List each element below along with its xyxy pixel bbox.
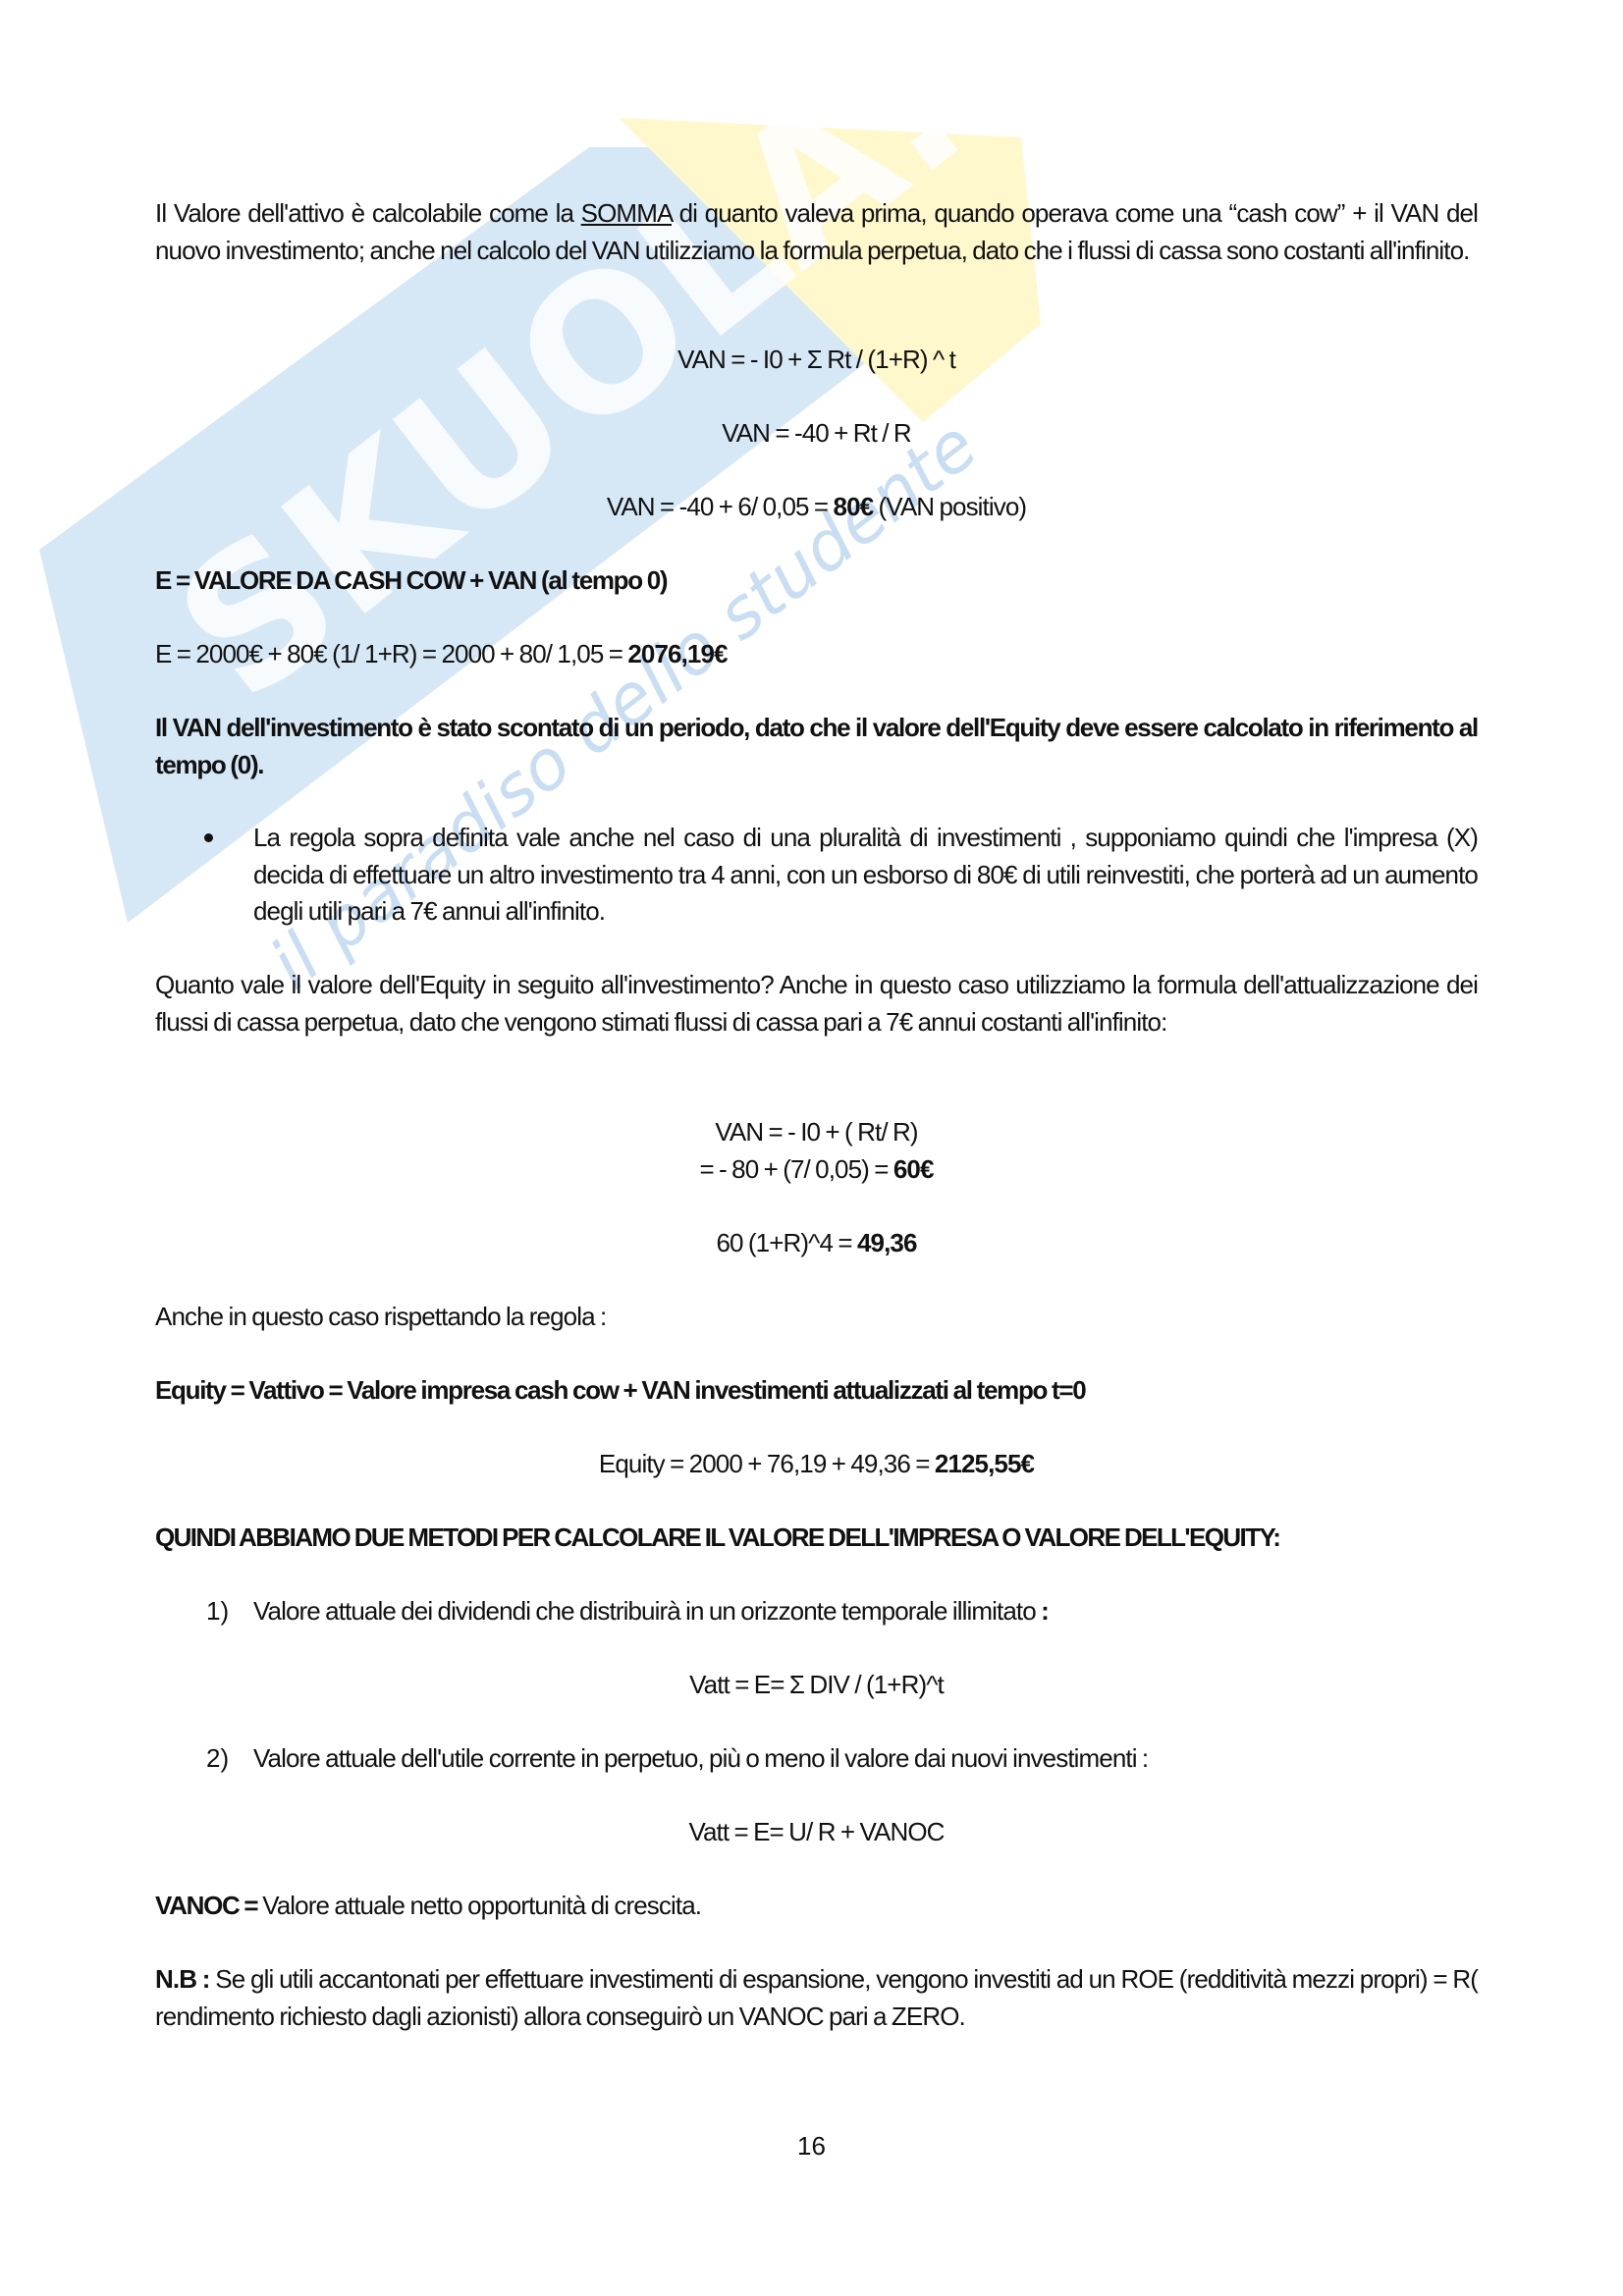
method-text: Valore attuale dell'utile corrente in pe… xyxy=(253,1740,1148,1777)
page-number: 16 xyxy=(0,2128,1623,2164)
formula-result: 49,36 xyxy=(857,1228,917,1257)
definition-term: VANOC = xyxy=(155,1891,262,1920)
formula-van-perpetual: VAN = -40 + Rt / R xyxy=(155,415,1478,452)
formula-text: = - 80 + (7/ 0,05) = xyxy=(699,1154,893,1184)
bullet-icon xyxy=(204,833,213,842)
equity-calculation-2: Equity = 2000 + 76,19 + 49,36 = 2125,55€ xyxy=(155,1446,1478,1482)
document-page: SKUOLA.net il paradiso dello studente Il… xyxy=(0,0,1623,2296)
rule-intro: Anche in questo caso rispettando la rego… xyxy=(155,1299,1478,1335)
somma-emphasis: SOMMA xyxy=(581,198,672,228)
formula-van-result: VAN = -40 + 6/ 0,05 = 80€ (VAN positivo) xyxy=(155,489,1478,525)
formula-van-second: VAN = - I0 + ( Rt/ R) xyxy=(155,1114,1478,1150)
nb-note: N.B : Se gli utili accantonati per effet… xyxy=(155,1961,1478,2035)
formula-note: (VAN positivo) xyxy=(873,492,1026,521)
formula-van-general: VAN = - I0 + Σ Rt / (1+R) ^ t xyxy=(155,342,1478,378)
formula-text: 60 (1+R)^4 = xyxy=(716,1228,856,1257)
intro-text-start: Il Valore dell'attivo è calcolabile come… xyxy=(155,198,581,228)
method-description: Valore attuale dei dividendi che distrib… xyxy=(253,1596,1041,1626)
formula-text: VAN = -40 + 6/ 0,05 = xyxy=(607,492,834,521)
bullet-item: La regola sopra definita vale anche nel … xyxy=(253,820,1478,931)
equity-calc-result: 2125,55€ xyxy=(935,1449,1034,1478)
equity-calc-result: 2076,19€ xyxy=(627,639,727,668)
formula-result: 80€ xyxy=(834,492,874,521)
note-label: N.B : xyxy=(155,1964,215,1994)
formula-text: VAN = -40 + Rt / R xyxy=(722,418,911,448)
methods-heading: QUINDI ABBIAMO DUE METODI PER CALCOLARE … xyxy=(155,1520,1478,1556)
method-formula-1: Vatt = E= Σ DIV / (1+R)^t xyxy=(155,1667,1478,1703)
definition-text: Valore attuale netto opportunità di cres… xyxy=(262,1891,701,1920)
list-number: 2) xyxy=(206,1740,229,1777)
equity-rule-heading-2: Equity = Vattivo = Valore impresa cash c… xyxy=(155,1372,1478,1409)
method-text: Valore attuale dei dividendi che distrib… xyxy=(253,1593,1049,1629)
vanoc-definition: VANOC = Valore attuale netto opportunità… xyxy=(155,1888,1478,1924)
intro-paragraph: Il Valore dell'attivo è calcolabile come… xyxy=(155,195,1478,269)
list-number: 1) xyxy=(206,1593,229,1629)
formula-van-second-result: = - 80 + (7/ 0,05) = 60€ xyxy=(155,1151,1478,1188)
method-formula-2: Vatt = E= U/ R + VANOC xyxy=(155,1814,1478,1850)
formula-result: 60€ xyxy=(893,1154,934,1184)
question-paragraph: Quanto vale il valore dell'Equity in seg… xyxy=(155,967,1478,1041)
note-text: Se gli utili accantonati per effettuare … xyxy=(155,1964,1478,2031)
method-colon: : xyxy=(1041,1596,1049,1626)
equity-calc-text: Equity = 2000 + 76,19 + 49,36 = xyxy=(599,1449,935,1478)
discount-note: Il VAN dell'investimento è stato scontat… xyxy=(155,710,1478,783)
method-description: Valore attuale dell'utile corrente in pe… xyxy=(253,1743,1148,1773)
equity-calculation: E = 2000€ + 80€ (1/ 1+R) = 2000 + 80/ 1,… xyxy=(155,636,1478,672)
equity-calc-text: E = 2000€ + 80€ (1/ 1+R) = 2000 + 80/ 1,… xyxy=(155,639,627,668)
equity-rule-heading: E = VALORE DA CASH COW + VAN (al tempo 0… xyxy=(155,562,1478,599)
formula-text: VAN = - I0 + Σ Rt / (1+R) ^ t xyxy=(677,345,955,374)
formula-discounted: 60 (1+R)^4 = 49,36 xyxy=(155,1225,1478,1261)
